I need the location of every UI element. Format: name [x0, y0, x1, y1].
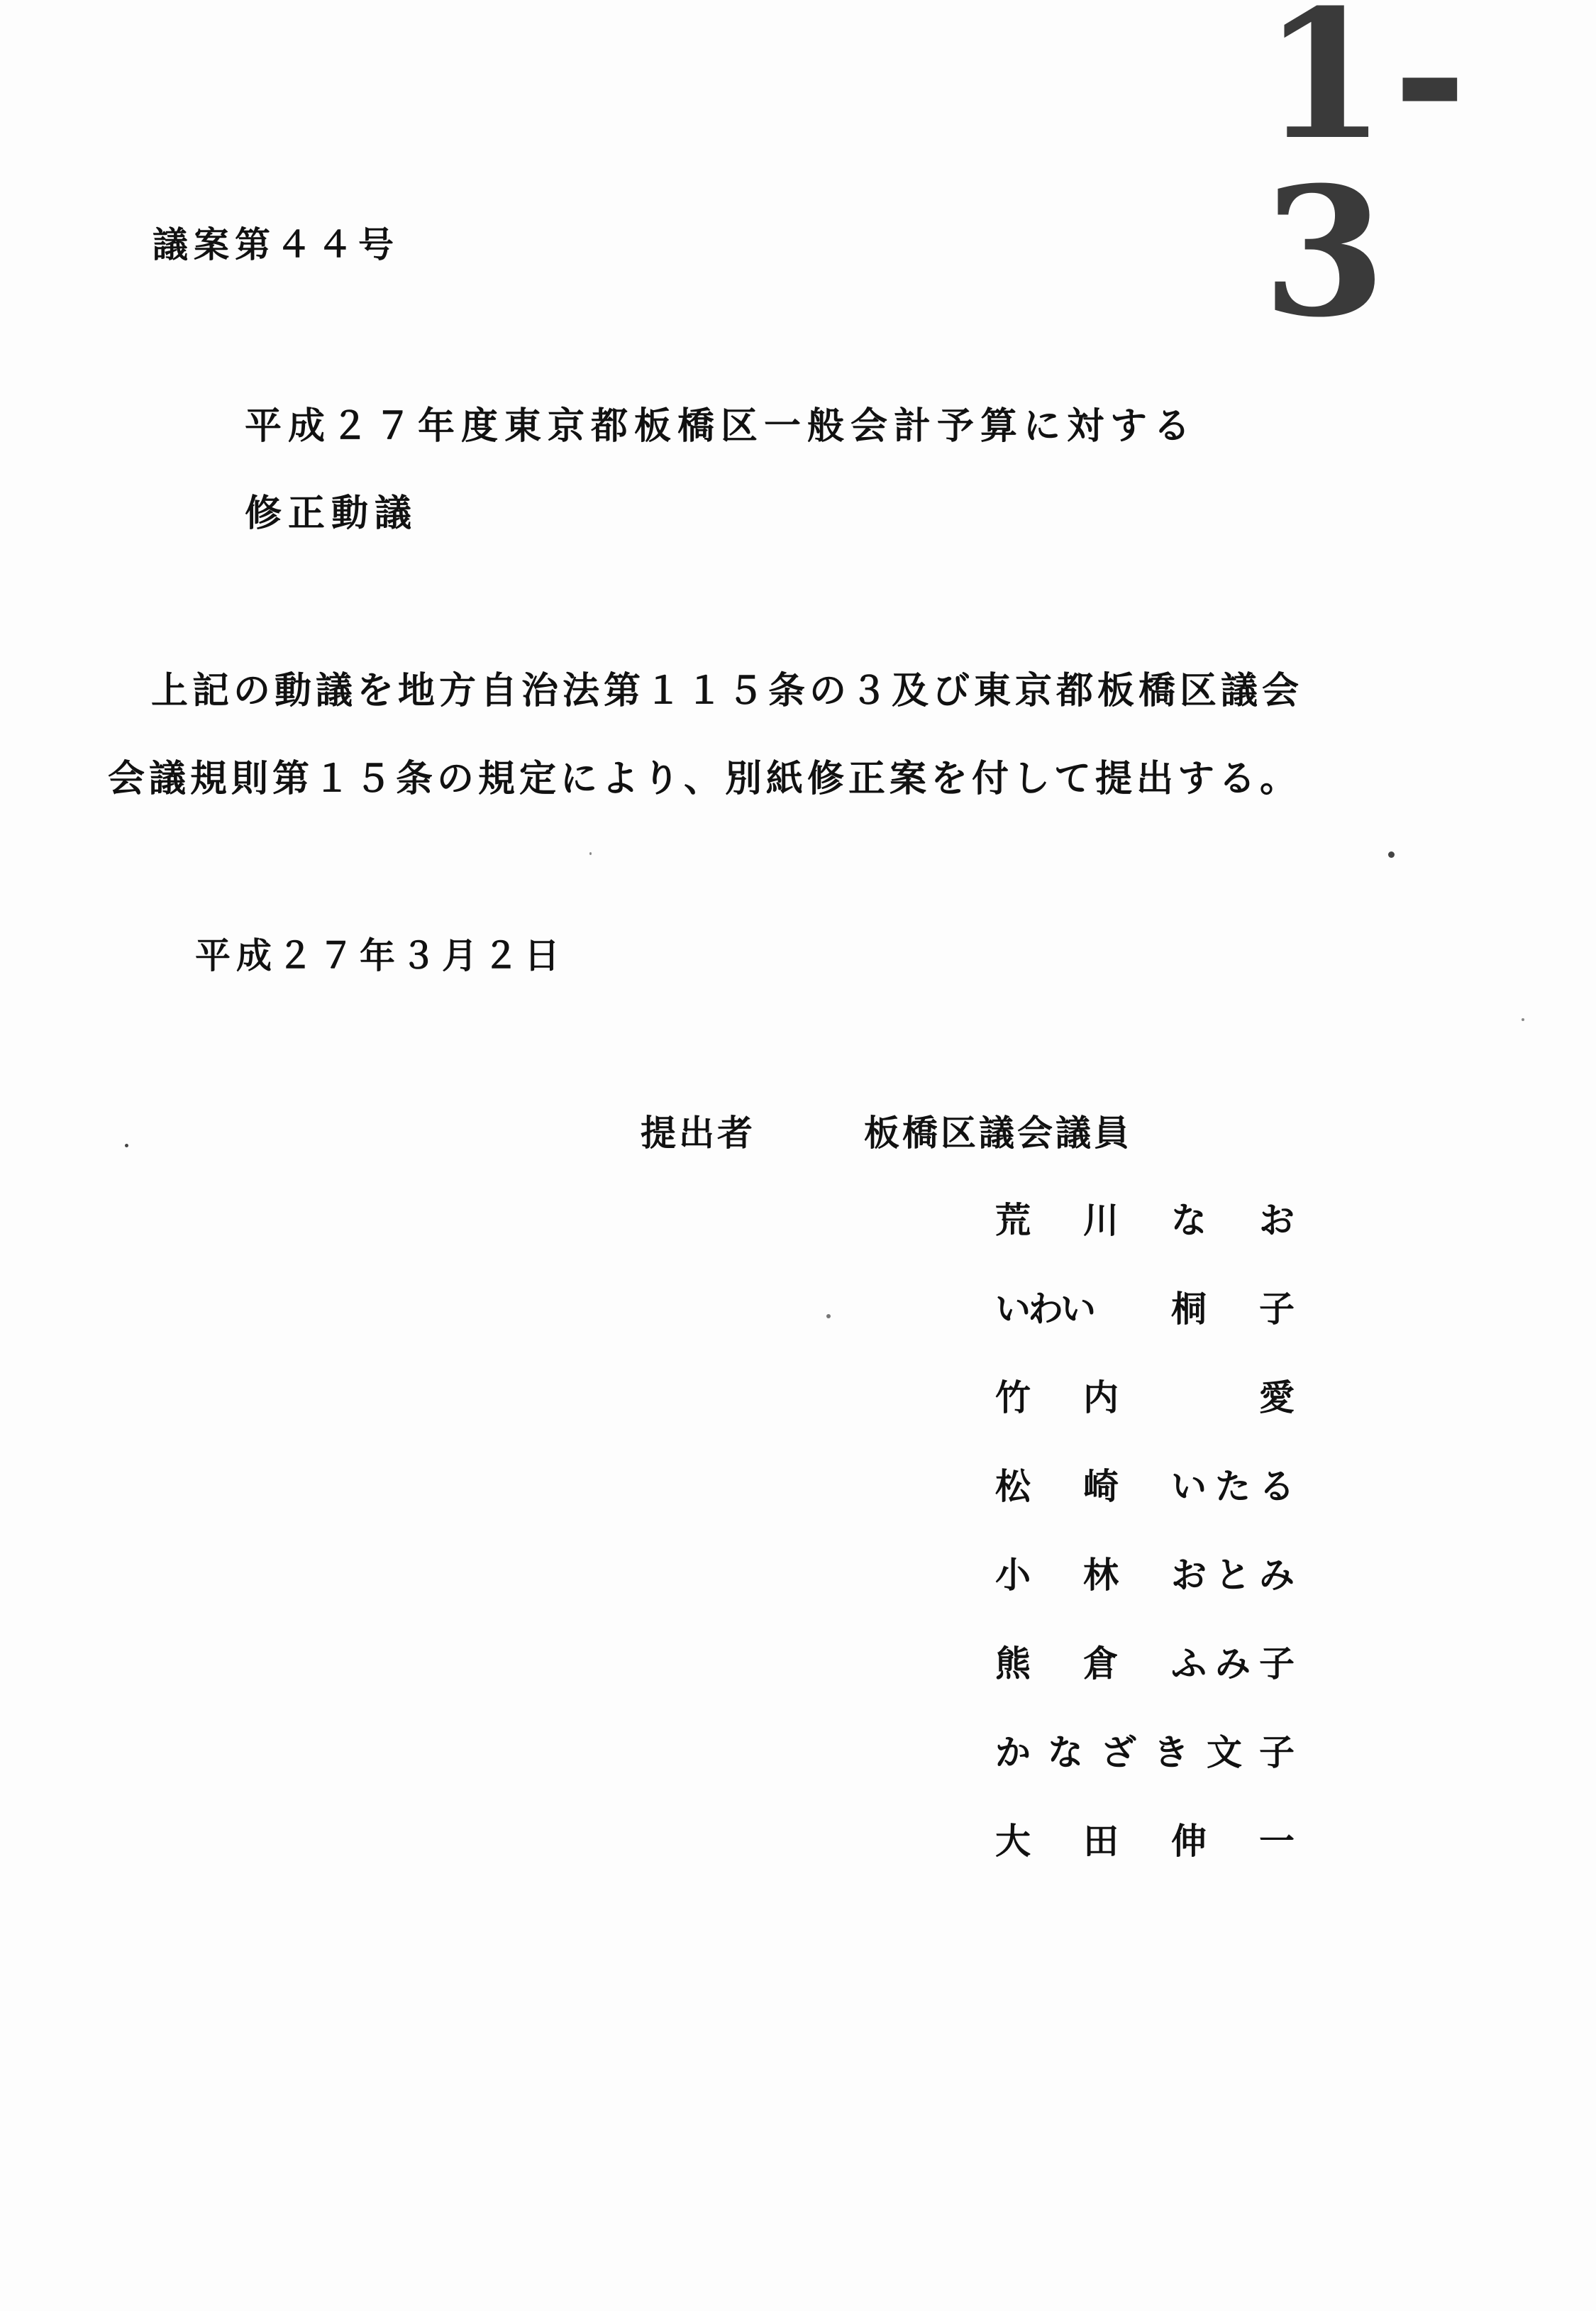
member-name-char: 熊 [993, 1646, 1033, 1682]
member-name-char: 文 [1204, 1735, 1244, 1770]
member-name-char: み [1213, 1646, 1253, 1682]
member-row: 小 林 お と み [993, 1557, 1348, 1646]
member-row: 荒 川 な お [993, 1203, 1348, 1291]
member-name-char: 倉 [1081, 1646, 1121, 1682]
member-row: 大 田 伸 一 [993, 1824, 1348, 1912]
scan-speck [1522, 1018, 1524, 1021]
member-list: 荒 川 な お い わ い 桐 子 竹 内 愛 松 崎 い た る 小 林 お … [993, 1203, 1348, 1912]
member-name-char: と [1213, 1557, 1253, 1593]
member-row: か な ざ き 文 子 [993, 1735, 1348, 1824]
member-name-char: 林 [1081, 1557, 1121, 1593]
member-name-char: 崎 [1081, 1469, 1121, 1504]
member-name-char: 荒 [993, 1203, 1033, 1238]
member-name-char: か [993, 1735, 1033, 1770]
member-name-char: き [1151, 1735, 1191, 1770]
member-name-char: 伸 [1169, 1824, 1209, 1859]
member-name-char: お [1169, 1557, 1209, 1593]
member-name-char: い [1169, 1469, 1209, 1504]
bill-number: 議案第４４号 [153, 227, 399, 263]
member-name-char: 大 [993, 1824, 1033, 1859]
member-name-char: お [1257, 1203, 1297, 1238]
member-name-char: 一 [1257, 1824, 1297, 1859]
member-name-char: 子 [1257, 1646, 1297, 1682]
member-name-char: る [1257, 1469, 1297, 1504]
document-title-line-1: 平成２７年度東京都板橋区一般会計予算に対する [245, 408, 1197, 445]
member-name-char: 田 [1081, 1824, 1121, 1859]
member-name-char: ふ [1169, 1646, 1209, 1682]
member-name-char: み [1257, 1557, 1297, 1593]
member-name-char: な [1169, 1203, 1209, 1238]
body-text-line-2: 会議規則第１５条の規定により、別紙修正案を付して提出する。 [108, 761, 1301, 798]
submission-date: 平成２７年３月２日 [195, 938, 565, 974]
page-number: 1-3 [1263, 0, 1596, 341]
member-name-char: 竹 [993, 1380, 1033, 1416]
member-name-char: 松 [993, 1469, 1033, 1504]
member-row: 松 崎 い た る [993, 1469, 1348, 1557]
member-name-char: な [1046, 1735, 1085, 1770]
member-name-char: 桐 [1169, 1291, 1209, 1327]
document-title-line-2: 修正動議 [245, 495, 418, 532]
scan-speck [826, 1314, 831, 1318]
member-name-char: 内 [1081, 1380, 1121, 1416]
member-name-char: い [1058, 1291, 1098, 1327]
member-row: 竹 内 愛 [993, 1380, 1348, 1469]
member-row: い わ い 桐 子 [993, 1291, 1348, 1380]
member-name-char: 子 [1257, 1735, 1297, 1770]
member-name-char: ざ [1099, 1735, 1138, 1770]
submitter-organization: 板橋区議会議員 [864, 1115, 1132, 1151]
member-name-char: た [1213, 1469, 1253, 1504]
body-text-line-1: 上記の動議を地方自治法第１１５条の３及び東京都板橋区議会 [151, 673, 1303, 710]
submitter-label: 提出者 [641, 1115, 755, 1151]
member-name-char: 川 [1081, 1203, 1121, 1238]
member-name-char: 小 [993, 1557, 1033, 1593]
member-row: 熊 倉 ふ み 子 [993, 1646, 1348, 1735]
scan-speck [125, 1144, 128, 1147]
scan-speck [1388, 851, 1395, 858]
member-name-char: 愛 [1257, 1380, 1297, 1416]
member-name-char: 子 [1257, 1291, 1297, 1327]
scan-speck [589, 852, 592, 855]
